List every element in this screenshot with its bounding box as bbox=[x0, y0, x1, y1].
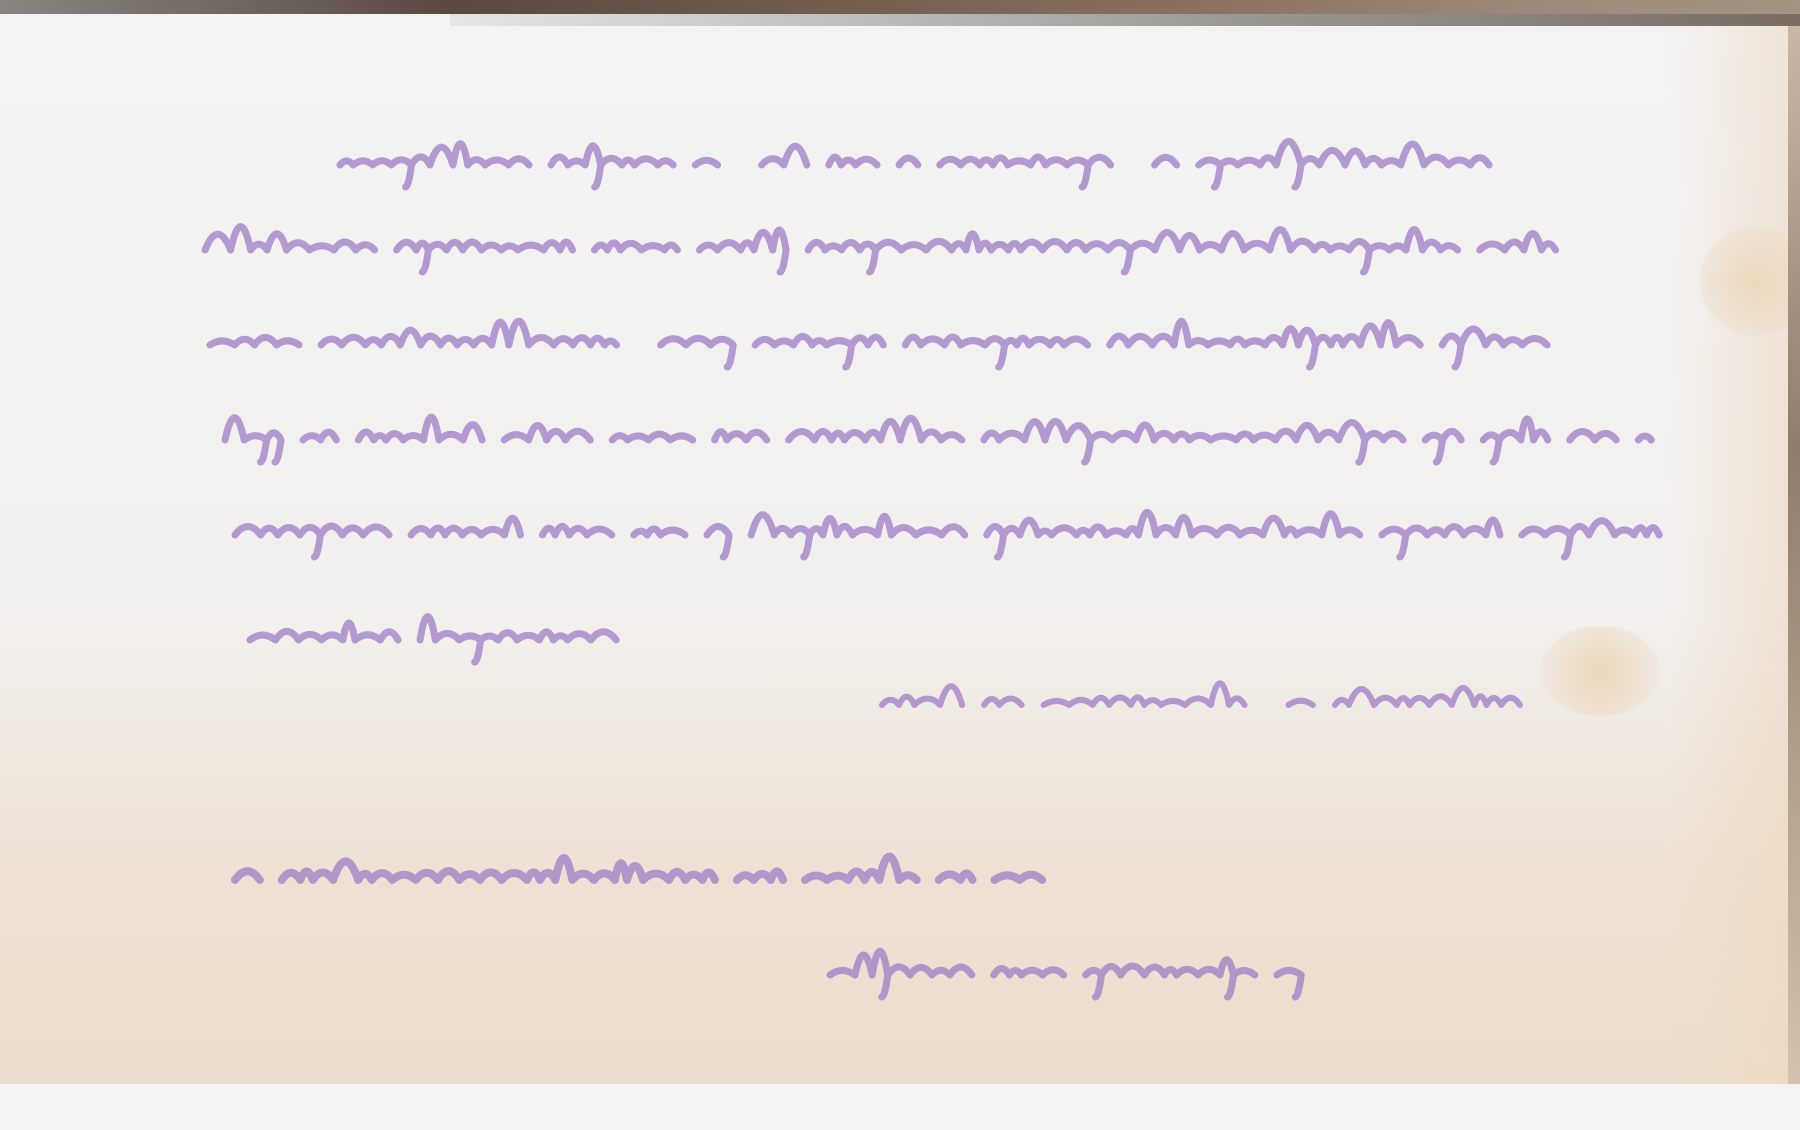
handwriting-line bbox=[250, 617, 616, 662]
handwriting-line bbox=[205, 227, 1600, 272]
handwriting-line bbox=[830, 951, 1301, 997]
handwriting-line bbox=[235, 856, 1064, 880]
handwriting-line bbox=[882, 683, 1542, 705]
handwriting-line bbox=[235, 512, 1659, 557]
handwriting-line bbox=[340, 141, 1489, 187]
handwriting-line bbox=[225, 417, 1651, 462]
handwriting-line bbox=[210, 321, 1547, 367]
handwritten-text bbox=[0, 0, 1800, 1130]
